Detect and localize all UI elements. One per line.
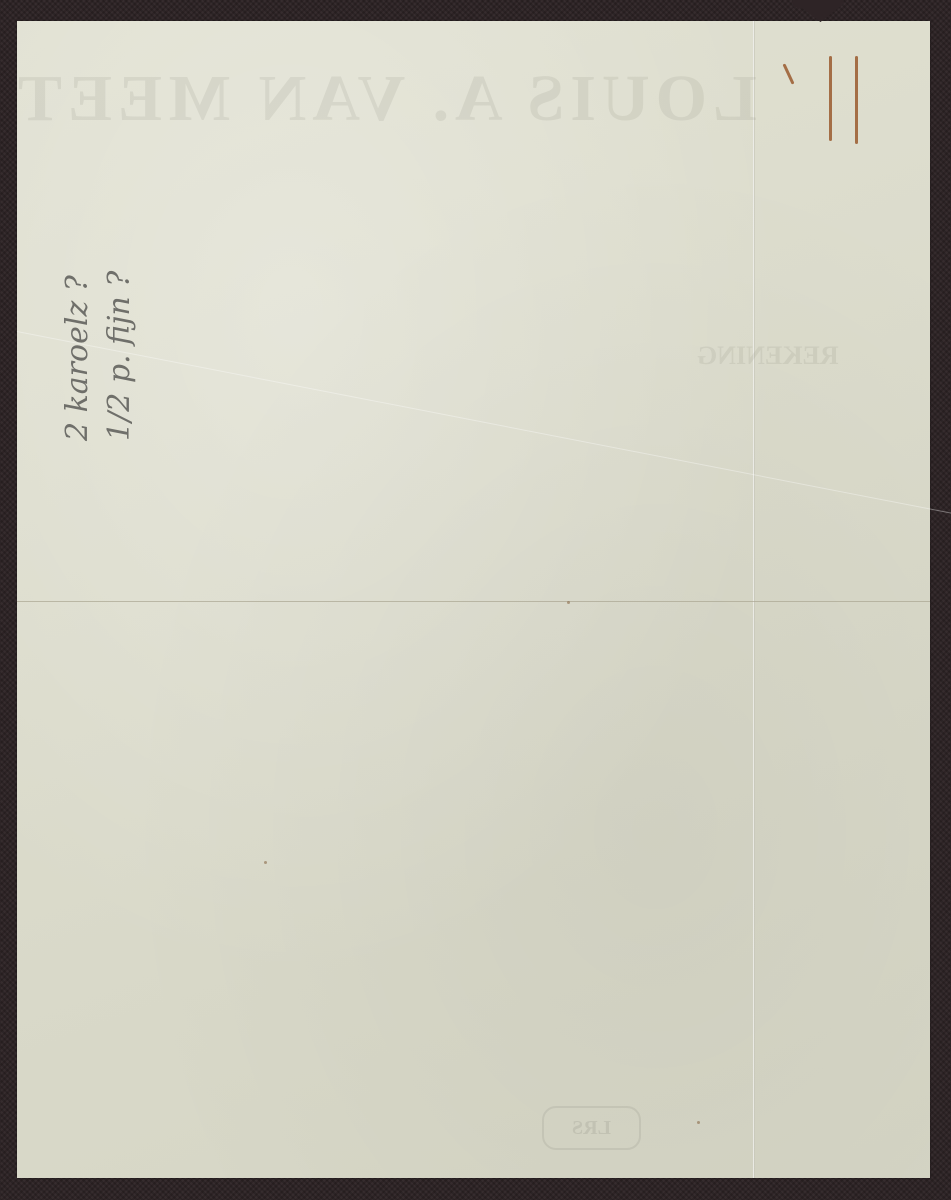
speck <box>567 601 570 604</box>
show-through-rekening: REKENING <box>697 341 839 371</box>
vertical-fold-line <box>753 21 755 1178</box>
show-through-footer-logo: LRS <box>542 1106 641 1150</box>
crayon-marks <box>787 51 867 171</box>
torn-corner <box>793 0 843 22</box>
crayon-mark-1 <box>782 63 794 84</box>
horizontal-fold-line <box>17 601 930 602</box>
pencil-note-line-1: 2 karoelz ? <box>57 271 99 441</box>
crayon-mark-3 <box>855 56 858 144</box>
paper-sheet: LOUIS A. VAN MEET REKENING LRS 2 karoelz… <box>17 21 930 1178</box>
show-through-letterhead-title: LOUIS A. VAN MEET <box>57 61 757 137</box>
crayon-mark-2 <box>829 56 832 141</box>
speck <box>697 1121 700 1124</box>
pencil-note: 2 karoelz ? 1/2 p. fijn ? <box>57 271 141 441</box>
pencil-note-line-2: 1/2 p. fijn ? <box>99 271 141 441</box>
speck <box>264 861 267 864</box>
